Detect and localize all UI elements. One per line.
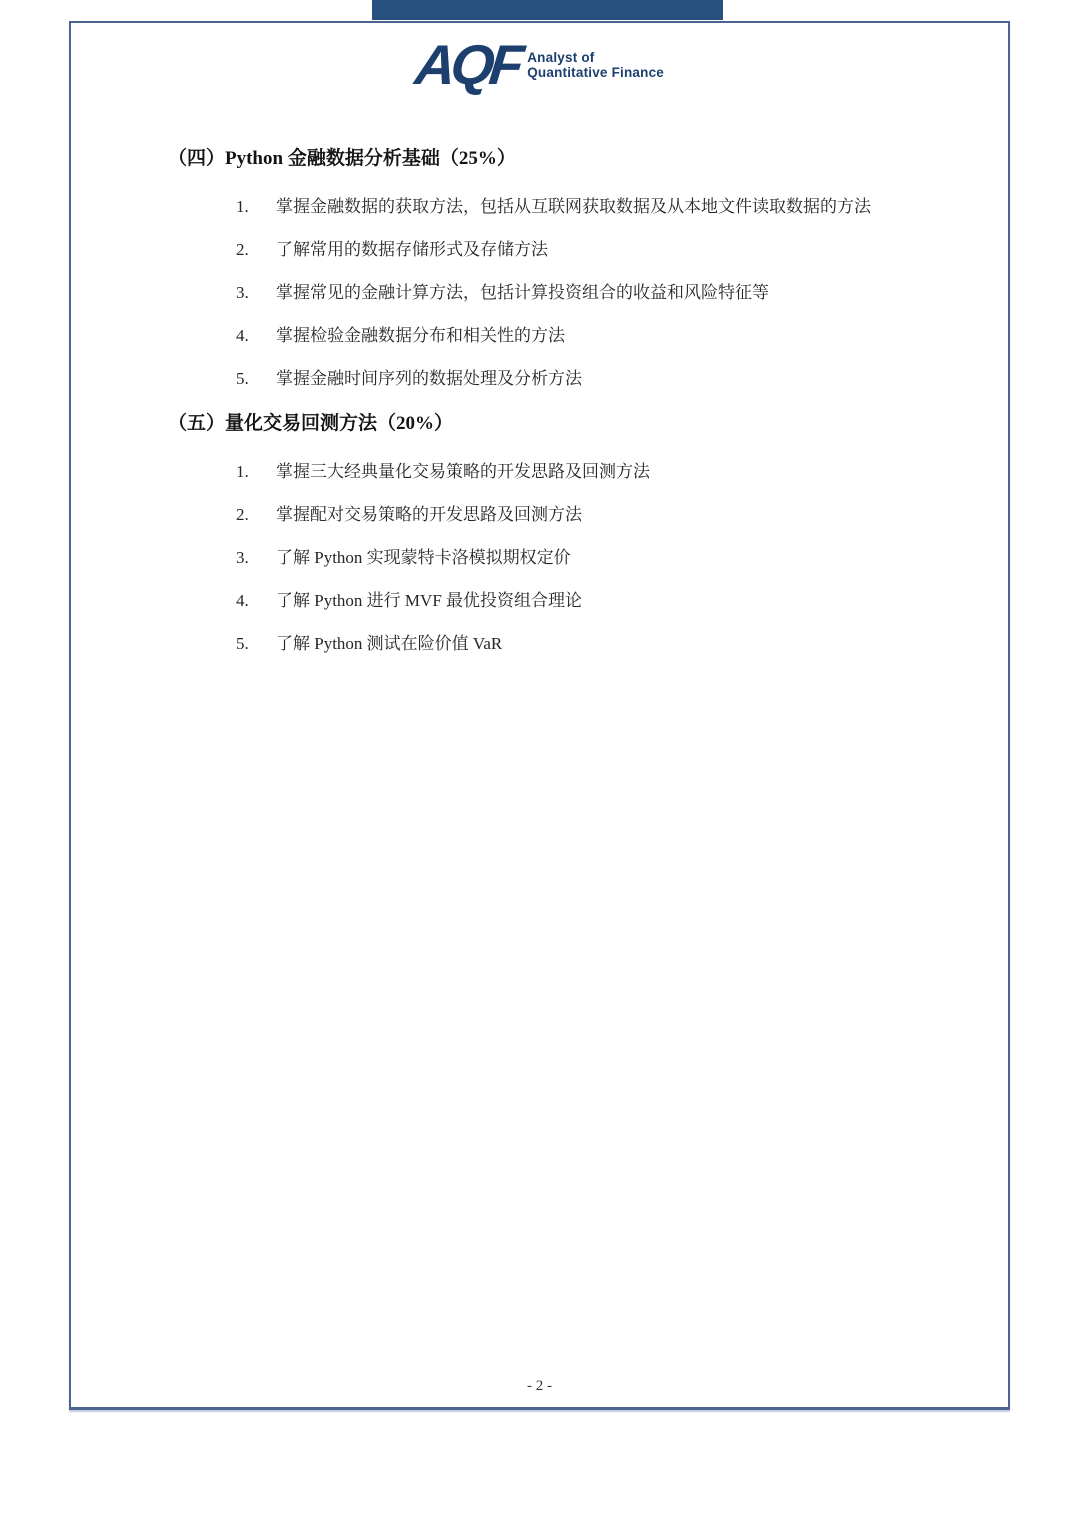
list-item-number: 4. <box>236 324 276 348</box>
aqf-logo: AQF Analyst of Quantitative Finance <box>415 37 664 93</box>
list-item-text: 了解 Python 实现蒙特卡洛模拟期权定价 <box>276 546 948 570</box>
list-item-number: 3. <box>236 546 276 570</box>
list-item: 4. 掌握检验金融数据分布和相关性的方法 <box>236 324 948 348</box>
list-item: 2. 掌握配对交易策略的开发思路及回测方法 <box>236 503 948 527</box>
list-item: 4. 了解 Python 进行 MVF 最优投资组合理论 <box>236 589 948 613</box>
syllabus-content: （四）Python 金融数据分析基础（25%） 1. 掌握金融数据的获取方法，包… <box>168 145 948 675</box>
section-items: 1. 掌握三大经典量化交易策略的开发思路及回测方法 2. 掌握配对交易策略的开发… <box>168 460 948 656</box>
list-item-text: 掌握配对交易策略的开发思路及回测方法 <box>276 503 948 527</box>
section-items: 1. 掌握金融数据的获取方法，包括从互联网获取数据及从本地文件读取数据的方法 2… <box>168 195 948 391</box>
list-item-text: 掌握常见的金融计算方法，包括计算投资组合的收益和风险特征等 <box>276 281 948 305</box>
syllabus-section: （四）Python 金融数据分析基础（25%） 1. 掌握金融数据的获取方法，包… <box>168 145 948 391</box>
aqf-logo-tagline-line1: Analyst of <box>527 50 664 65</box>
list-item-number: 2. <box>236 503 276 527</box>
list-item-number: 5. <box>236 367 276 391</box>
section-heading: （四）Python 金融数据分析基础（25%） <box>168 145 948 173</box>
page-number: - 2 - <box>527 1378 552 1394</box>
list-item-number: 1. <box>236 460 276 484</box>
aqf-logo-tagline: Analyst of Quantitative Finance <box>527 50 664 80</box>
page-footer: - 2 - <box>71 1378 1008 1395</box>
syllabus-section: （五）量化交易回测方法（20%） 1. 掌握三大经典量化交易策略的开发思路及回测… <box>168 410 948 656</box>
aqf-logo-acronym: AQF <box>412 37 521 93</box>
top-tab-decoration <box>372 0 723 20</box>
list-item-text: 掌握金融数据的获取方法，包括从互联网获取数据及从本地文件读取数据的方法 <box>276 195 948 219</box>
list-item-text: 掌握三大经典量化交易策略的开发思路及回测方法 <box>276 460 948 484</box>
list-item: 2. 了解常用的数据存储形式及存储方法 <box>236 238 948 262</box>
list-item: 3. 掌握常见的金融计算方法，包括计算投资组合的收益和风险特征等 <box>236 281 948 305</box>
list-item-number: 4. <box>236 589 276 613</box>
list-item-number: 2. <box>236 238 276 262</box>
list-item-text: 掌握金融时间序列的数据处理及分析方法 <box>276 367 948 391</box>
list-item: 1. 掌握三大经典量化交易策略的开发思路及回测方法 <box>236 460 948 484</box>
section-heading: （五）量化交易回测方法（20%） <box>168 410 948 438</box>
list-item: 5. 了解 Python 测试在险价值 VaR <box>236 632 948 656</box>
list-item: 1. 掌握金融数据的获取方法，包括从互联网获取数据及从本地文件读取数据的方法 <box>236 195 948 219</box>
list-item-text: 了解 Python 测试在险价值 VaR <box>276 632 948 656</box>
list-item: 5. 掌握金融时间序列的数据处理及分析方法 <box>236 367 948 391</box>
list-item-number: 5. <box>236 632 276 656</box>
list-item-number: 3. <box>236 281 276 305</box>
aqf-logo-tagline-line2: Quantitative Finance <box>527 65 664 80</box>
document-page-frame: AQF Analyst of Quantitative Finance （四）P… <box>69 21 1010 1410</box>
list-item-text: 掌握检验金融数据分布和相关性的方法 <box>276 324 948 348</box>
list-item-text: 了解常用的数据存储形式及存储方法 <box>276 238 948 262</box>
list-item: 3. 了解 Python 实现蒙特卡洛模拟期权定价 <box>236 546 948 570</box>
list-item-number: 1. <box>236 195 276 219</box>
list-item-text: 了解 Python 进行 MVF 最优投资组合理论 <box>276 589 948 613</box>
